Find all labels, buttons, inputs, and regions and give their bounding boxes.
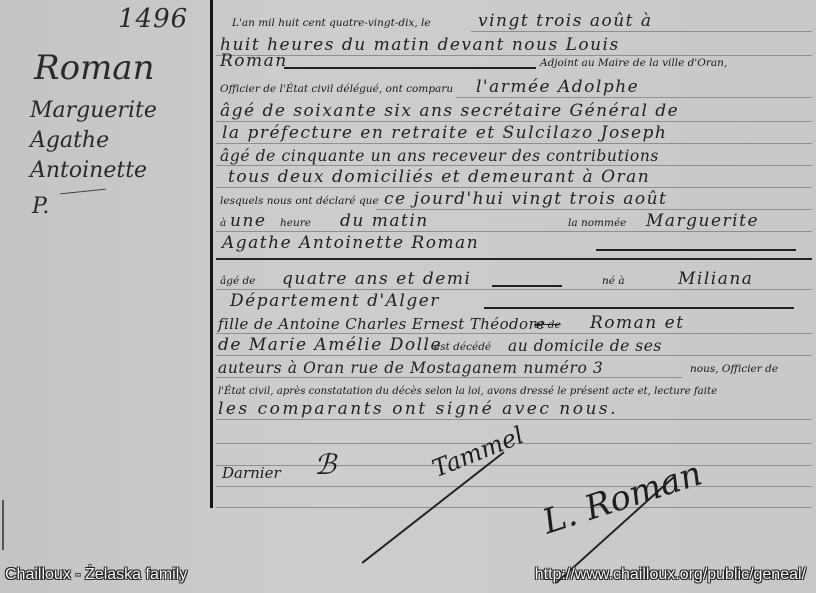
watermark-family: Chailloux - Żelaska family <box>5 566 187 584</box>
printed-text: nous, Officier de <box>690 363 778 375</box>
handwritten-text: les comparants ont signé avec nous. <box>218 399 618 419</box>
watermark-url[interactable]: http://www.chailloux.org/public/geneal/ <box>535 566 806 584</box>
act-number: 1496 <box>118 4 188 34</box>
margin-given-name: Marguerite <box>30 98 157 124</box>
record-line: Roman Adjoint au Maire de la ville d'Ora… <box>216 48 812 74</box>
handwritten-text: une <box>230 211 266 231</box>
handwritten-text: quatre ans et demi <box>282 269 471 289</box>
handwritten-text: de Marie Amélie Dolle <box>218 335 442 355</box>
fill-line <box>596 249 796 251</box>
handwritten-text: Miliana <box>678 269 753 289</box>
page-edge-mark <box>2 500 4 550</box>
printed-text: à <box>220 217 226 229</box>
record-line: les comparants ont signé avec nous. <box>216 396 812 422</box>
printed-text: né à <box>602 275 625 287</box>
fill-line <box>492 285 562 287</box>
printed-text: est décédé <box>434 341 491 353</box>
handwritten-text: Agathe Antoinette Roman <box>222 233 479 253</box>
handwritten-text: vingt trois août à <box>478 11 653 31</box>
fill-line <box>484 307 794 309</box>
margin-given-name: Agathe <box>30 128 109 154</box>
handwritten-text: ce jourd'hui vingt trois août <box>384 189 667 209</box>
handwritten-text: âgé de cinquante un ans receveur des con… <box>220 147 659 165</box>
handwritten-text: fille de Antoine Charles Ernest Théodore <box>218 315 545 333</box>
margin-annotation: 1496 Roman Marguerite Agathe Antoinette … <box>0 0 206 593</box>
margin-initial: P. <box>32 194 49 219</box>
handwritten-text: l'armée Adolphe <box>476 77 639 97</box>
printed-text: L'an mil huit cent quatre-vingt-dix, le <box>232 17 431 29</box>
signature-darnier: Darnier <box>222 464 281 482</box>
printed-text: lesquels nous ont déclaré que <box>220 195 379 207</box>
printed-text: Officier de l'État civil délégué, ont co… <box>220 83 453 95</box>
section-divider <box>216 258 812 260</box>
handwritten-text: du matin <box>340 211 429 231</box>
record-line: Agathe Antoinette Roman <box>216 230 812 256</box>
ruled-line <box>216 507 812 508</box>
printed-text: Adjoint au Maire de la ville d'Oran, <box>540 57 727 69</box>
printed-text: âgé de <box>220 275 255 287</box>
handwritten-text: Marguerite <box>646 211 759 231</box>
margin-underline <box>60 189 106 195</box>
record-line: Officier de l'État civil délégué, ont co… <box>216 74 812 100</box>
handwritten-text: âgé de soixante six ans secrétaire Génér… <box>220 101 679 121</box>
margin-surname: Roman <box>34 48 154 88</box>
bracket-rule <box>210 71 212 231</box>
signature-initial: ℬ <box>314 448 336 481</box>
handwritten-text: au domicile de ses <box>508 337 662 355</box>
handwritten-text: tous deux domiciliés et demeurant à Oran <box>228 167 650 187</box>
printed-text: la nommée <box>568 217 626 229</box>
handwritten-text: Département d'Alger <box>230 291 440 311</box>
record-line: L'an mil huit cent quatre-vingt-dix, le … <box>216 8 812 34</box>
handwritten-text: auteurs à Oran rue de Mostaganem numéro … <box>218 359 603 377</box>
printed-text-struck: et de <box>534 319 561 331</box>
record-body: L'an mil huit cent quatre-vingt-dix, le … <box>216 0 812 560</box>
scanned-document-page: 1496 Roman Marguerite Agathe Antoinette … <box>0 0 816 593</box>
margin-given-name: Antoinette <box>30 158 147 184</box>
printed-text: heure <box>280 217 311 229</box>
fill-line <box>284 67 536 69</box>
handwritten-text: Roman et <box>590 313 685 333</box>
handwritten-text: Roman <box>220 51 288 71</box>
signature-line <box>216 484 812 510</box>
handwritten-text: la préfecture en retraite et Sulcilazo J… <box>222 123 667 143</box>
